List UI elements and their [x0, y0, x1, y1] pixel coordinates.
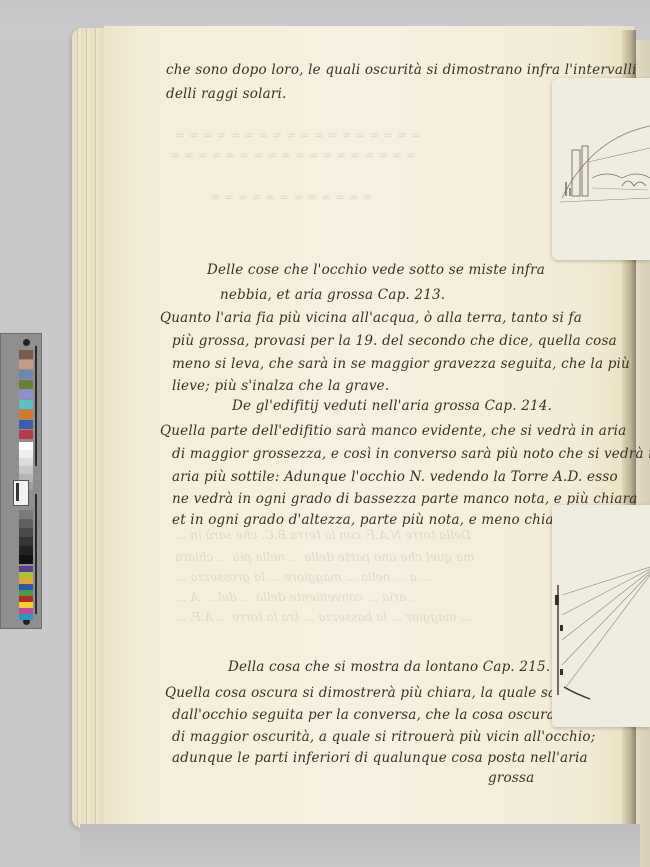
- color-patch: [19, 430, 33, 439]
- chapter-215-heading: Della cosa che si mostra da lontano Cap.…: [228, 659, 550, 675]
- bleed-through-line: ... maggior ... la bassezza ... tra la t…: [175, 610, 472, 624]
- color-patch: [19, 519, 33, 528]
- bleed-through-line: ... a ... nella ... maggiore ... la gros…: [175, 570, 432, 584]
- color-patch: [19, 614, 33, 620]
- text-line: adunque le parti inferiori di qualunque …: [172, 750, 588, 766]
- color-patch: [19, 537, 33, 546]
- text-line: aria più sottile: Adunque l'occhio N. ve…: [172, 469, 618, 485]
- text-line: di maggior grossezza, e così in converso…: [172, 446, 650, 462]
- chapter-213-heading: nebbia, et aria grossa Cap. 213.: [220, 287, 445, 303]
- text-line: Quella parte dell'edifitio sarà manco ev…: [160, 423, 626, 439]
- color-patch: [19, 458, 33, 466]
- color-patch: [19, 555, 33, 564]
- text-line: delli raggi solari.: [166, 86, 287, 102]
- color-patch: [19, 370, 33, 379]
- scan-background-bottom: [80, 824, 640, 867]
- chapter-214-heading: De gl'edifitij veduti nell'aria grossa C…: [232, 398, 552, 414]
- perspective-diagram-icon: [552, 505, 650, 727]
- color-patch: [19, 450, 33, 458]
- text-line: meno si leva, che sarà in se maggior gra…: [172, 356, 630, 372]
- catchword: grossa: [488, 770, 534, 786]
- color-calibration-target: [0, 333, 42, 629]
- color-patch: [19, 420, 33, 429]
- color-patch: [19, 400, 33, 409]
- target-label: [13, 480, 29, 506]
- text-line: più grossa, provasi per la 19. del secon…: [172, 333, 617, 349]
- text-line: et in ogni grado d'altezza, parte più no…: [172, 512, 573, 528]
- bleed-through-text: ≈ ≈ ≈ ≈ ≈ ≈ ≈ ≈ ≈ ≈ ≈ ≈ ≈ ≈ ≈ ≈ ≈ ≈: [175, 128, 421, 142]
- inserted-sketch-slip: [552, 78, 650, 260]
- color-patch: [19, 442, 33, 450]
- color-patch: [19, 350, 33, 359]
- text-line: di maggior oscurità, a quale si ritrouer…: [172, 729, 596, 745]
- text-line: Quanto l'aria fia più vicina all'acqua, …: [160, 310, 582, 326]
- color-patch: [19, 466, 33, 474]
- color-patch: [19, 380, 33, 389]
- color-patch: [19, 546, 33, 555]
- color-patch: [19, 390, 33, 399]
- target-rail: [35, 494, 37, 614]
- bleed-through-text: ≈ ≈ ≈ ≈ ≈ ≈ ≈ ≈ ≈ ≈ ≈ ≈ ≈ ≈ ≈ ≈ ≈ ≈: [170, 148, 416, 162]
- barcode: [16, 483, 19, 501]
- text-line: che sono dopo loro, le quali oscurità si…: [166, 62, 637, 78]
- color-patch: [19, 360, 33, 369]
- landscape-sketch-icon: [552, 78, 650, 260]
- target-hole-top: [23, 339, 30, 346]
- target-rail: [35, 346, 37, 466]
- bleed-through-line: ma quel che uno parte della ... nella pi…: [175, 550, 475, 564]
- inserted-diagram-slip: [552, 505, 650, 727]
- color-patch: [19, 528, 33, 537]
- chapter-213-heading: Delle cose che l'occhio vede sotto se mi…: [207, 262, 545, 278]
- text-line: lieve; più s'inalza che la grave.: [172, 378, 389, 394]
- bleed-through-text: ≈ ≈ ≈ ≈ ≈ ≈ ≈ ≈ ≈ ≈ ≈ ≈: [210, 190, 373, 204]
- bleed-through-line: ... aria ... conveniente della ... dal .…: [175, 590, 421, 604]
- color-patch: [19, 410, 33, 419]
- bleed-through-line: Della torre N.A.F. con la terra B.C. che…: [175, 528, 471, 542]
- color-patch: [19, 510, 33, 519]
